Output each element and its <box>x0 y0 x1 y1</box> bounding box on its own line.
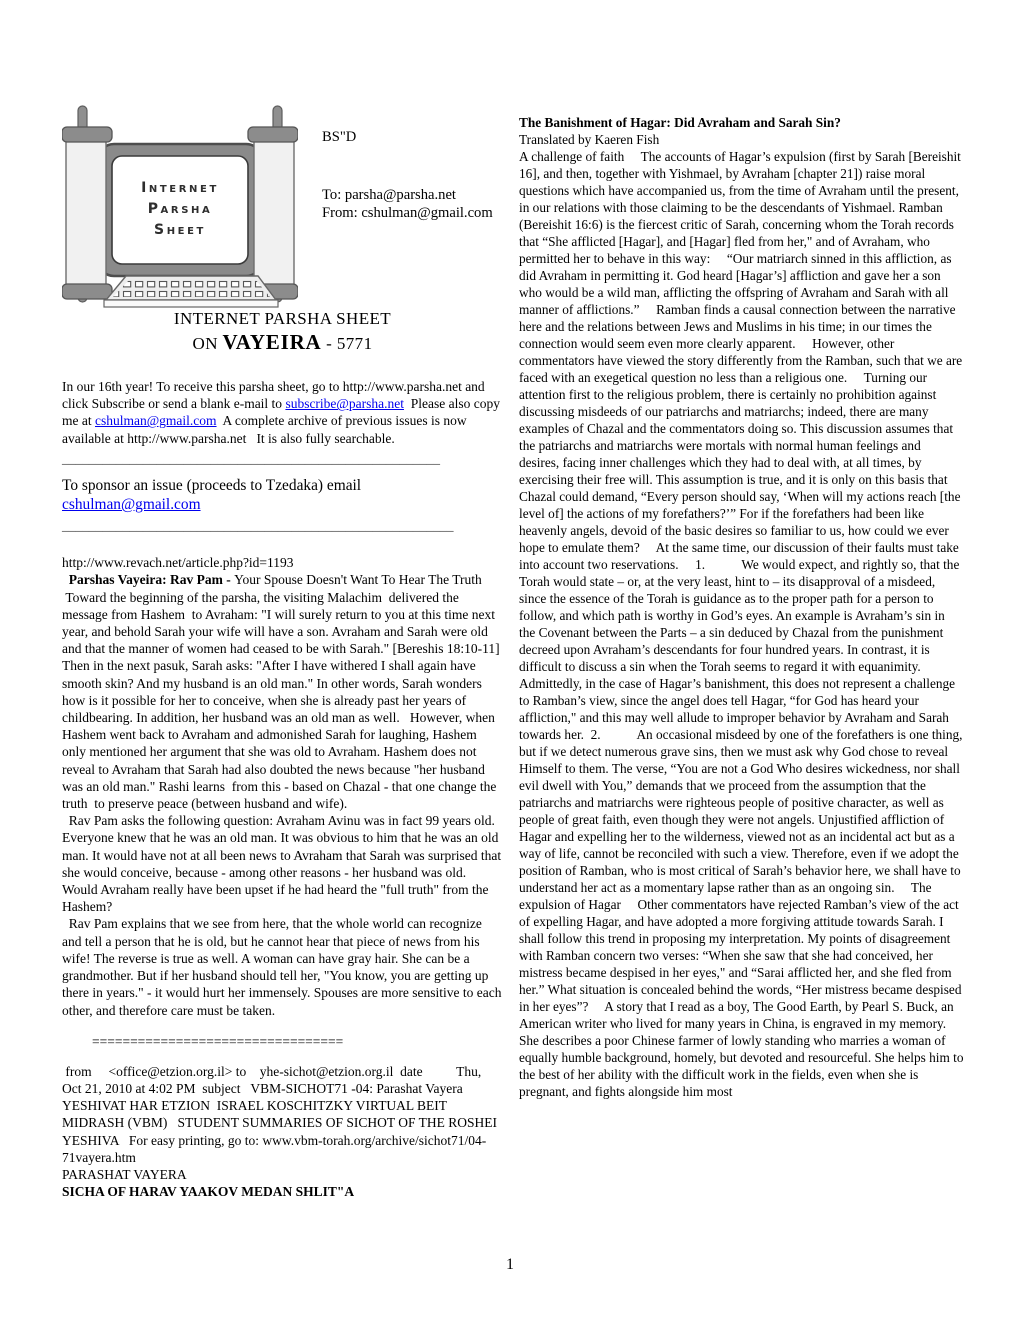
banishment-article-body: A challenge of faith The accounts of Hag… <box>519 148 964 1100</box>
revach-title-rest: Your Spouse Doesn't Want To Hear The Tru… <box>234 572 482 587</box>
page-title-on: ON <box>193 334 223 353</box>
subscribe-paragraph: In our 16th year! To receive this parsha… <box>62 378 503 447</box>
revach-paragraph-1: Toward the beginning of the parsha, the … <box>62 589 503 813</box>
cshulman-email-link[interactable]: cshulman@gmail.com <box>95 413 217 428</box>
etzion-email-headers: from <office@etzion.org.il> to yhe-sicho… <box>62 1063 503 1166</box>
bsd-label: BS"D <box>322 128 493 146</box>
revach-paragraph-3: Rav Pam explains that we see from here, … <box>62 915 503 1018</box>
revach-article-url: http://www.revach.net/article.php?id=119… <box>62 554 503 571</box>
sponsor-email-link[interactable]: cshulman@gmail.com <box>62 496 201 513</box>
page-title-parsha-name: VAYEIRA <box>223 330 322 354</box>
parsha-sheet-page: Internet Parsha Sheet BS"D To: parsha@pa… <box>0 0 1020 1320</box>
left-column: Internet Parsha Sheet BS"D To: parsha@pa… <box>62 100 503 1200</box>
correspondence-block: BS"D To: parsha@parsha.net From: cshulma… <box>322 100 493 222</box>
revach-article-title: Parshas Vayeira: Rav Pam - Your Spouse D… <box>62 571 503 588</box>
page-title: INTERNET PARSHA SHEET ON VAYEIRA - 5771 <box>62 308 503 354</box>
to-line: To: parsha@parsha.net <box>322 186 493 204</box>
translator-byline: Translated by Kaeren Fish <box>519 131 964 148</box>
page-title-line1: INTERNET PARSHA SHEET <box>62 308 503 329</box>
masthead: Internet Parsha Sheet BS"D To: parsha@pa… <box>62 100 503 308</box>
page-title-year: - 5771 <box>322 334 373 353</box>
banishment-article-title: The Banishment of Hagar: Did Avraham and… <box>519 114 964 131</box>
logo-screen-line3: Sheet <box>154 222 206 238</box>
sicha-title: SICHA OF HARAV YAAKOV MEDAN SHLIT"A <box>62 1183 503 1200</box>
page-number: 1 <box>0 1256 1020 1274</box>
sponsor-line: To sponsor an issue (proceeds to Tzedaka… <box>62 476 503 514</box>
from-line: From: cshulman@gmail.com <box>322 204 493 222</box>
keyboard-icon <box>104 276 278 307</box>
parashat-vayera-line: PARASHAT VAYERA <box>62 1166 503 1183</box>
sponsor-text: To sponsor an issue (proceeds to Tzedaka… <box>62 477 365 494</box>
right-column: The Banishment of Hagar: Did Avraham and… <box>519 114 964 1100</box>
equals-separator: ================================= <box>62 1034 503 1050</box>
logo-screen-line2: Parsha <box>148 201 213 217</box>
internet-parsha-sheet-logo: Internet Parsha Sheet <box>62 100 298 308</box>
revach-title-bold: Parshas Vayeira: Rav Pam - <box>62 572 234 587</box>
subscribe-email-link[interactable]: subscribe@parsha.net <box>285 396 404 411</box>
logo-screen-line1: Internet <box>141 180 219 196</box>
revach-paragraph-2: Rav Pam asks the following question: Avr… <box>62 812 503 915</box>
separator-line: ________________________________________… <box>62 450 503 467</box>
separator-line: ________________________________________… <box>62 517 503 534</box>
